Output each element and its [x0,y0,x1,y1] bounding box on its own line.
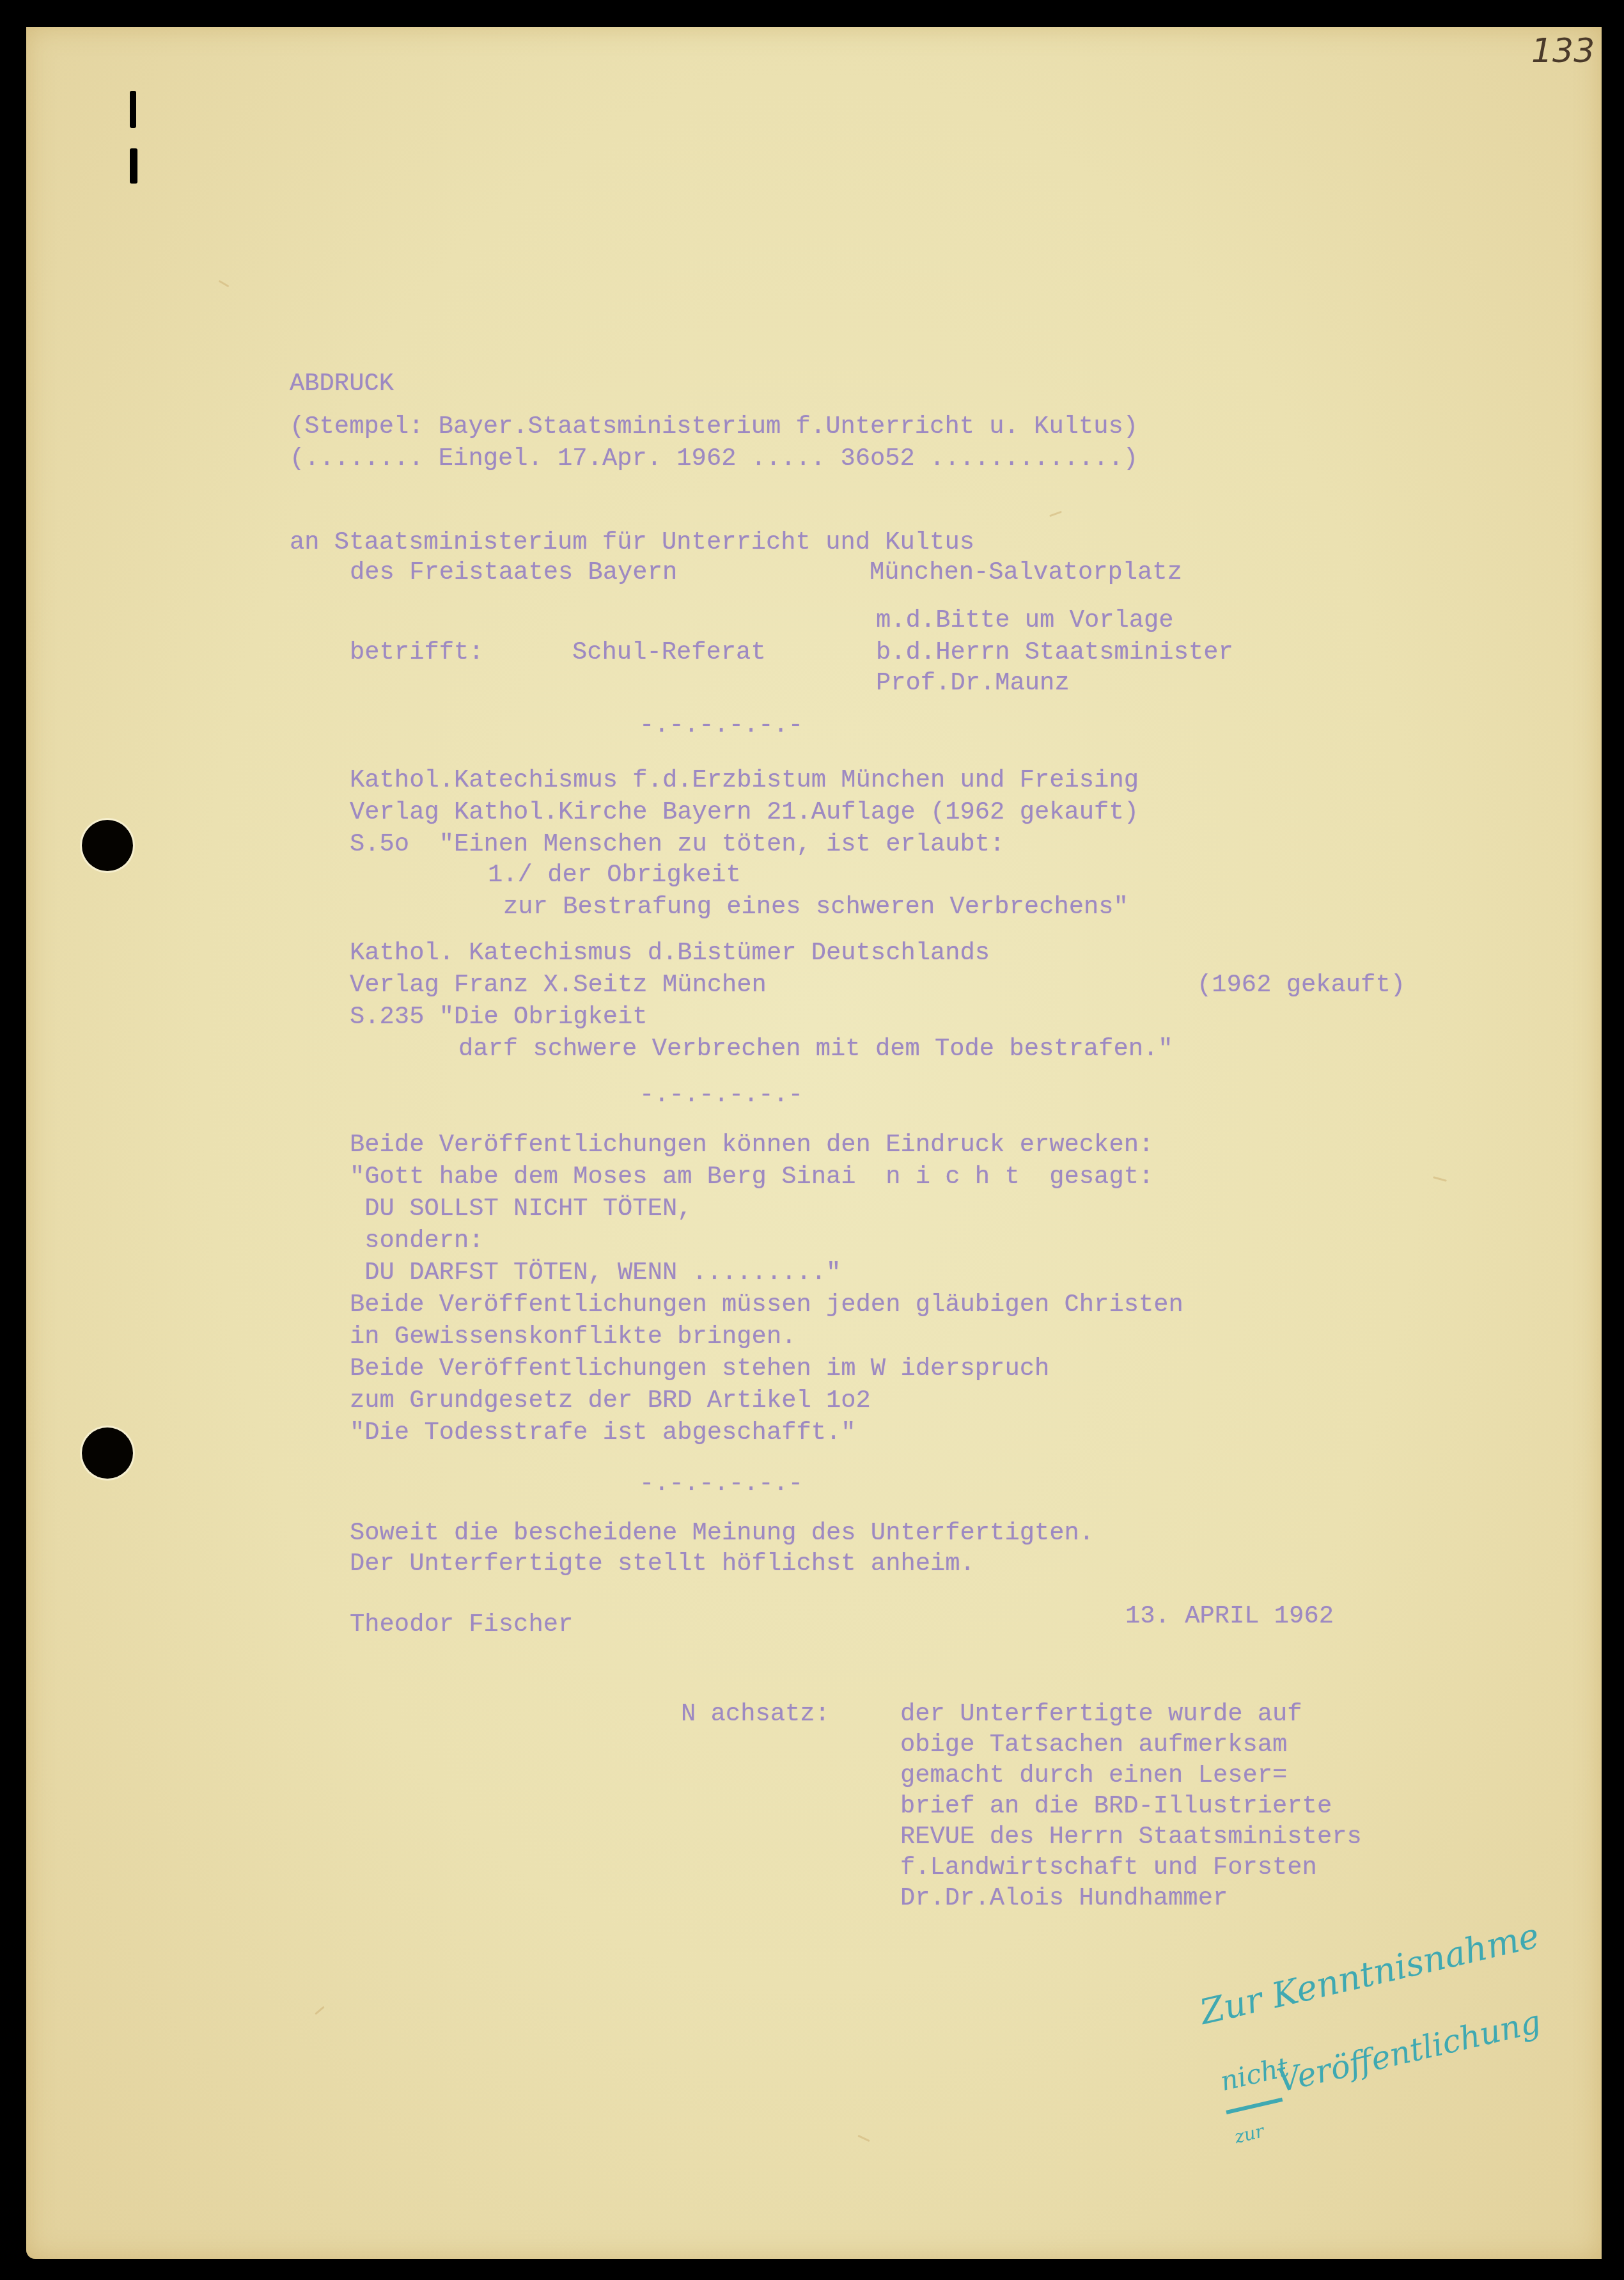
paper-fiber [1433,1176,1447,1182]
punch-hole [82,1427,133,1479]
citation-2-line-3: S.235 "Die Obrigkeit [350,1003,648,1031]
binding-slit [130,148,137,184]
signature: Theodor Fischer [350,1610,573,1639]
closing-line-2: Der Unterfertigte stellt höflichst anhei… [350,1550,975,1578]
document-title: ABDRUCK [290,370,394,398]
closing-line-1: Soweit die bescheidene Meinung des Unter… [350,1519,1094,1547]
body-line: DU DARFST TÖTEN, WENN ........." [350,1259,841,1287]
postscript-line: Dr.Dr.Alois Hundhammer [900,1884,1228,1912]
punch-hole [82,820,133,871]
citation-1-line-3: S.5o "Einen Menschen zu töten, ist erlau… [350,830,1004,858]
body-line: Beide Veröffentlichungen müssen jeden gl… [350,1291,1183,1319]
body-line: in Gewissenskonflikte bringen. [350,1323,796,1351]
body-line: zum Grundgesetz der BRD Artikel 1o2 [350,1387,871,1415]
request-line-2: b.d.Herrn Staatsminister [876,638,1233,666]
page-number: 133 [1531,32,1595,70]
paper-fiber [315,2006,325,2015]
citation-1-line-5: zur Bestrafung eines schweren Verbrechen… [503,893,1128,921]
recipient-line: an Staatsministerium für Unterricht und … [290,528,974,556]
body-line: sondern: [350,1227,484,1255]
citation-1-line-1: Kathol.Katechismus f.d.Erzbistum München… [350,766,1139,794]
subject-value: Schul-Referat [572,638,766,666]
postscript-line: gemacht durch einen Leser= [900,1761,1287,1789]
body-line: Beide Veröffentlichungen stehen im W ide… [350,1355,1049,1383]
stamp-line-2: (........ Eingel. 17.Apr. 1962 ..... 36o… [290,444,1138,473]
postscript-label: N achsatz: [681,1700,830,1728]
body-line: Beide Veröffentlichungen können den Eind… [350,1131,1153,1159]
citation-2-line-4: darf schwere Verbrechen mit dem Tode bes… [458,1035,1173,1063]
request-line-3: Prof.Dr.Maunz [876,669,1070,697]
separator: -.-.-.-.-.- [639,711,803,739]
postscript-line: obige Tatsachen aufmerksam [900,1731,1287,1759]
request-line-1: m.d.Bitte um Vorlage [876,606,1174,634]
body-line: "Gott habe dem Moses am Berg Sinai n i c… [350,1163,1153,1191]
paper-fiber [1049,511,1062,517]
recipient-line-2: des Freistaates Bayern [350,558,677,586]
recipient-address: München-Salvatorplatz [870,558,1182,586]
stamp-line-1: (Stempel: Bayer.Staatsministerium f.Unte… [290,413,1138,441]
binding-slit [130,91,136,128]
postscript-line: der Unterfertigte wurde auf [900,1700,1302,1728]
citation-1-line-4: 1./ der Obrigkeit [488,861,741,889]
citation-2-line-2: Verlag Franz X.Seitz München [350,971,767,999]
paper-fiber [218,280,229,288]
body-line: DU SOLLST NICHT TÖTEN, [350,1195,692,1223]
subject-label: betrifft: [350,638,484,666]
paper-fiber [857,2135,870,2142]
separator: -.-.-.-.-.- [639,1470,803,1498]
date: 13. APRIL 1962 [1125,1602,1334,1630]
body-line: "Die Todesstrafe ist abgeschafft." [350,1419,856,1447]
citation-2-line-1: Kathol. Katechismus d.Bistümer Deutschla… [350,939,990,967]
citation-1-line-2: Verlag Kathol.Kirche Bayern 21.Auflage (… [350,798,1139,826]
postscript-line: REVUE des Herrn Staatsministers [900,1823,1362,1851]
separator: -.-.-.-.-.- [639,1081,803,1109]
postscript-line: brief an die BRD-Illustrierte [900,1792,1332,1820]
citation-2-purchase-note: (1962 gekauft) [1197,971,1405,999]
postscript-line: f.Landwirtschaft und Forsten [900,1853,1317,1882]
